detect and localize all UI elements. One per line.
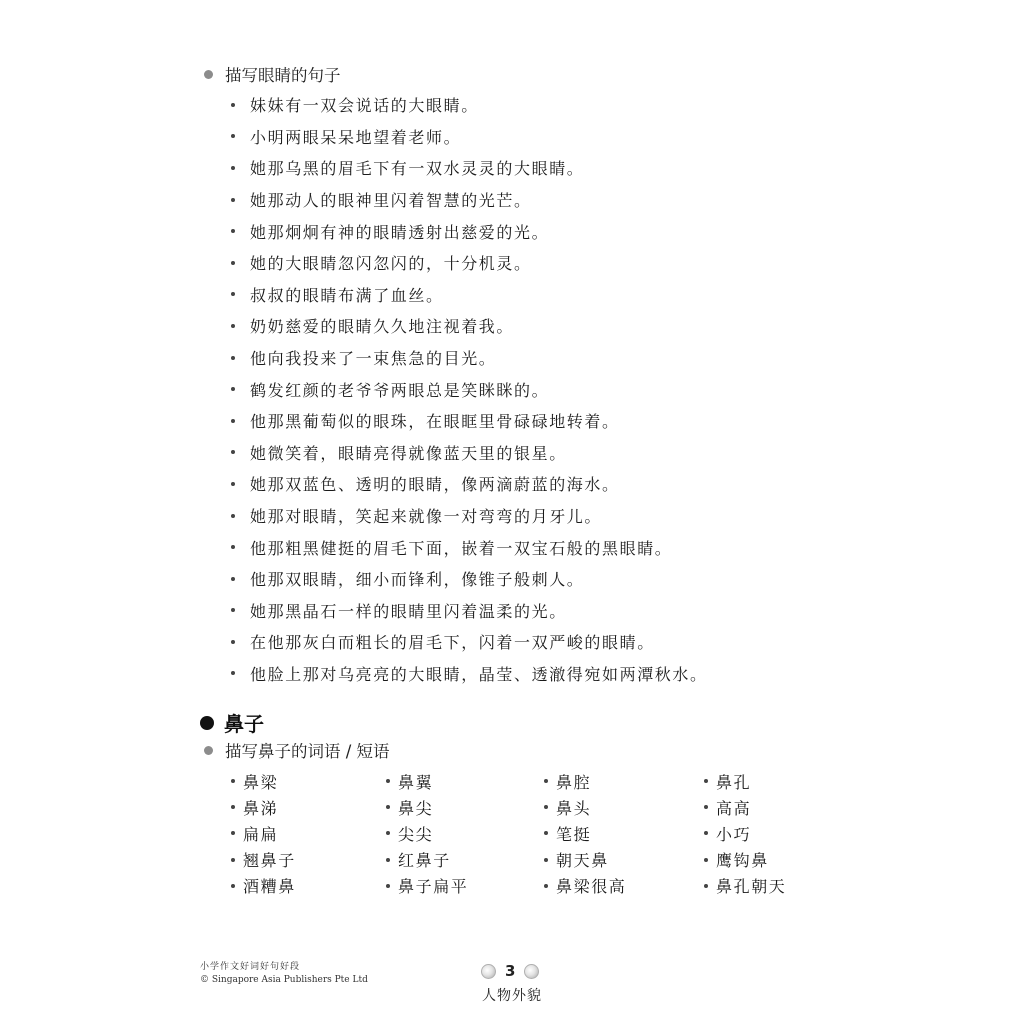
bullet-icon [704, 884, 708, 888]
word-item: 红鼻子 [383, 847, 541, 873]
bullet-icon [231, 831, 235, 835]
sentence-text: 小明两眼呆呆地望着老师。 [250, 125, 461, 148]
bullet-icon [231, 608, 235, 612]
list-item: 她的大眼睛忽闪忽闪的，十分机灵。 [228, 247, 708, 279]
word-text: 鼻梁很高 [556, 874, 626, 897]
word-item: 鼻孔朝天 [701, 873, 861, 899]
chapter-name: 人物外貌 [482, 985, 542, 1005]
word-item: 鼻头 [541, 794, 701, 820]
word-item: 朝天鼻 [541, 847, 701, 873]
sentence-text: 她那炯炯有神的眼睛透射出慈爱的光。 [250, 220, 549, 243]
bullet-icon [544, 805, 548, 809]
bullet-icon [231, 134, 235, 138]
black-bullet-icon [200, 716, 214, 730]
word-item: 鼻尖 [383, 794, 541, 820]
bullet-icon [231, 577, 235, 581]
bullet-icon [544, 831, 548, 835]
footer-credits: 小学作文好词好句好段 © Singapore Asia Publishers P… [200, 961, 368, 987]
bullet-icon [231, 261, 235, 265]
eyes-sentences-subheading: 描写眼睛的句子 [204, 62, 341, 86]
bullet-icon [231, 387, 235, 391]
bullet-icon [544, 779, 548, 783]
bullet-icon [386, 884, 390, 888]
word-text: 鼻头 [556, 796, 591, 819]
page-number: 3 [505, 962, 515, 980]
copyright-text: © Singapore Asia Publishers Pte Ltd [200, 974, 368, 987]
subheading-text: 描写眼睛的句子 [225, 62, 341, 86]
circle-ornament-icon [481, 964, 496, 979]
word-item: 鼻子扁平 [383, 873, 541, 899]
sentence-text: 他向我投来了一束焦急的目光。 [250, 346, 496, 369]
word-item: 鹰钩鼻 [701, 847, 861, 873]
word-text: 鼻孔 [716, 770, 751, 793]
bullet-icon [231, 450, 235, 454]
bullet-icon [231, 324, 235, 328]
sentence-text: 他那粗黑健挺的眉毛下面，嵌着一双宝石般的黑眼睛。 [250, 536, 672, 559]
word-item: 鼻梁 [228, 768, 383, 794]
word-text: 小巧 [716, 822, 751, 845]
list-item: 她微笑着，眼睛亮得就像蓝天里的银星。 [228, 437, 708, 469]
nose-word-grid: 鼻梁 鼻翼 鼻腔 鼻孔 鼻涕 鼻尖 鼻头 高高 扁扁 尖尖 笔挺 小巧 翘鼻子 … [228, 768, 861, 899]
bullet-icon [231, 482, 235, 486]
bullet-icon [704, 858, 708, 862]
word-item: 鼻腔 [541, 768, 701, 794]
list-item: 她那黑晶石一样的眼睛里闪着温柔的光。 [228, 595, 708, 627]
bullet-icon [231, 356, 235, 360]
sentence-text: 妹妹有一双会说话的大眼睛。 [250, 93, 479, 116]
list-item: 小明两眼呆呆地望着老师。 [228, 121, 708, 153]
circle-ornament-icon [524, 964, 539, 979]
list-item: 鹤发红颜的老爷爷两眼总是笑眯眯的。 [228, 373, 708, 405]
page-number-block: 3 [481, 962, 539, 980]
list-item: 她那对眼睛，笑起来就像一对弯弯的月牙儿。 [228, 500, 708, 532]
sentence-text: 她那动人的眼神里闪着智慧的光芒。 [250, 188, 532, 211]
word-item: 鼻梁很高 [541, 873, 701, 899]
list-item: 他向我投来了一束焦急的目光。 [228, 342, 708, 374]
word-item: 鼻孔 [701, 768, 861, 794]
sentence-text: 他那双眼睛，细小而锋利，像锥子般刺人。 [250, 567, 584, 590]
nose-section-heading: 鼻子 [200, 708, 264, 737]
subheading-text: 描写鼻子的词语 / 短语 [225, 738, 390, 762]
bullet-icon [386, 831, 390, 835]
word-item: 笔挺 [541, 820, 701, 846]
word-text: 鼻翼 [398, 770, 433, 793]
bullet-icon [704, 805, 708, 809]
list-item: 在他那灰白而粗长的眉毛下，闪着一双严峻的眼睛。 [228, 626, 708, 658]
word-text: 鼻腔 [556, 770, 591, 793]
sentence-text: 她微笑着，眼睛亮得就像蓝天里的银星。 [250, 441, 567, 464]
list-item: 她那动人的眼神里闪着智慧的光芒。 [228, 184, 708, 216]
list-item: 她那乌黑的眉毛下有一双水灵灵的大眼睛。 [228, 152, 708, 184]
word-item: 尖尖 [383, 820, 541, 846]
word-text: 翘鼻子 [243, 848, 296, 871]
list-item: 他那双眼睛，细小而锋利，像锥子般刺人。 [228, 563, 708, 595]
word-item: 鼻翼 [383, 768, 541, 794]
word-text: 鼻涕 [243, 796, 278, 819]
book-title: 小学作文好词好句好段 [200, 961, 368, 974]
bullet-icon [544, 858, 548, 862]
word-item: 鼻涕 [228, 794, 383, 820]
heading-text: 鼻子 [224, 708, 264, 737]
word-item: 小巧 [701, 820, 861, 846]
bullet-icon [231, 198, 235, 202]
bullet-icon [386, 858, 390, 862]
word-text: 鼻尖 [398, 796, 433, 819]
list-item: 她那炯炯有神的眼睛透射出慈爱的光。 [228, 215, 708, 247]
word-text: 高高 [716, 796, 751, 819]
bullet-icon [231, 858, 235, 862]
bullet-icon [231, 166, 235, 170]
bullet-icon [231, 229, 235, 233]
word-text: 扁扁 [243, 822, 278, 845]
eyes-sentence-list: 妹妹有一双会说话的大眼睛。 小明两眼呆呆地望着老师。 她那乌黑的眉毛下有一双水灵… [228, 89, 708, 689]
sentence-text: 他那黑葡萄似的眼珠，在眼眶里骨碌碌地转着。 [250, 409, 620, 432]
word-item: 扁扁 [228, 820, 383, 846]
word-text: 鼻梁 [243, 770, 278, 793]
list-item: 她那双蓝色、透明的眼睛，像两滴蔚蓝的海水。 [228, 468, 708, 500]
bullet-icon [231, 103, 235, 107]
sentence-text: 他脸上那对乌亮亮的大眼睛，晶莹、透澈得宛如两潭秋水。 [250, 662, 708, 685]
bullet-icon [231, 545, 235, 549]
list-item: 叔叔的眼睛布满了血丝。 [228, 279, 708, 311]
sentence-text: 她那乌黑的眉毛下有一双水灵灵的大眼睛。 [250, 156, 584, 179]
bullet-icon [544, 884, 548, 888]
bullet-icon [231, 419, 235, 423]
sentence-text: 她那双蓝色、透明的眼睛，像两滴蔚蓝的海水。 [250, 472, 620, 495]
sentence-text: 鹤发红颜的老爷爷两眼总是笑眯眯的。 [250, 378, 549, 401]
bullet-icon [386, 805, 390, 809]
bullet-icon [231, 884, 235, 888]
sentence-text: 她的大眼睛忽闪忽闪的，十分机灵。 [250, 251, 532, 274]
list-item: 奶奶慈爱的眼睛久久地注视着我。 [228, 310, 708, 342]
sentence-text: 叔叔的眼睛布满了血丝。 [250, 283, 444, 306]
word-item: 翘鼻子 [228, 847, 383, 873]
bullet-icon [231, 514, 235, 518]
list-item: 妹妹有一双会说话的大眼睛。 [228, 89, 708, 121]
word-text: 酒糟鼻 [243, 874, 296, 897]
word-text: 朝天鼻 [556, 848, 609, 871]
gray-bullet-icon [204, 746, 213, 755]
bullet-icon [231, 292, 235, 296]
bullet-icon [231, 805, 235, 809]
nose-words-subheading: 描写鼻子的词语 / 短语 [204, 738, 390, 762]
word-text: 笔挺 [556, 822, 591, 845]
sentence-text: 在他那灰白而粗长的眉毛下，闪着一双严峻的眼睛。 [250, 630, 655, 653]
word-item: 高高 [701, 794, 861, 820]
list-item: 他脸上那对乌亮亮的大眼睛，晶莹、透澈得宛如两潭秋水。 [228, 658, 708, 690]
sentence-text: 她那黑晶石一样的眼睛里闪着温柔的光。 [250, 599, 567, 622]
bullet-icon [704, 831, 708, 835]
bullet-icon [231, 671, 235, 675]
word-item: 酒糟鼻 [228, 873, 383, 899]
sentence-text: 她那对眼睛，笑起来就像一对弯弯的月牙儿。 [250, 504, 602, 527]
word-text: 红鼻子 [398, 848, 451, 871]
list-item: 他那粗黑健挺的眉毛下面，嵌着一双宝石般的黑眼睛。 [228, 531, 708, 563]
bullet-icon [231, 779, 235, 783]
sentence-text: 奶奶慈爱的眼睛久久地注视着我。 [250, 314, 514, 337]
word-text: 尖尖 [398, 822, 433, 845]
bullet-icon [386, 779, 390, 783]
word-text: 鼻子扁平 [398, 874, 468, 897]
bullet-icon [231, 640, 235, 644]
word-text: 鼻孔朝天 [716, 874, 786, 897]
word-text: 鹰钩鼻 [716, 848, 769, 871]
gray-bullet-icon [204, 70, 213, 79]
list-item: 他那黑葡萄似的眼珠，在眼眶里骨碌碌地转着。 [228, 405, 708, 437]
bullet-icon [704, 779, 708, 783]
